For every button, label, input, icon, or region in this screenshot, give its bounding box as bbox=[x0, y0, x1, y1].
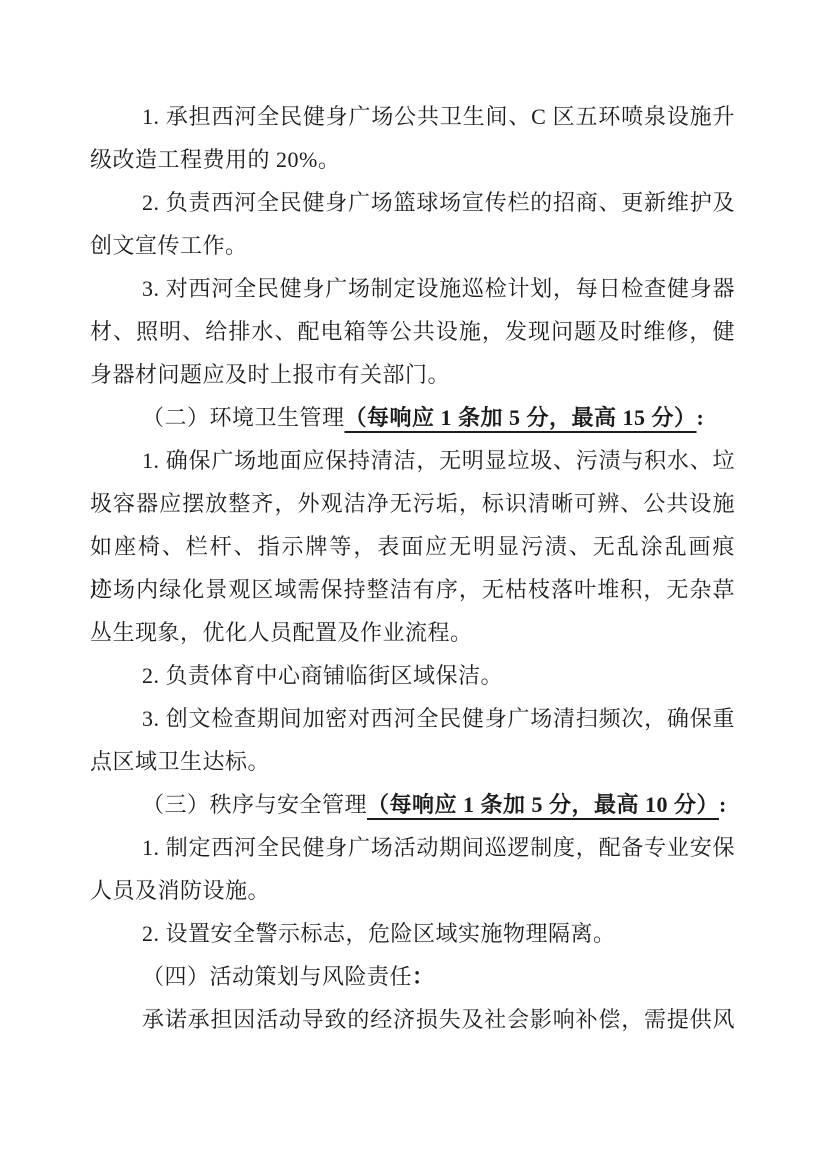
text-line: 2. 负责西河全民健身广场篮球场宣传栏的招商、更新维护及 bbox=[90, 181, 735, 224]
text-line: 如座椅、栏杆、指示牌等，表面应无明显污渍、无乱涂乱画痕迹、 bbox=[90, 525, 735, 568]
section-2-heading: （二）环境卫生管理（每响应 1 条加 5 分，最高 15 分）: bbox=[90, 396, 735, 439]
text-line: 点区域卫生达标。 bbox=[90, 740, 735, 783]
text-line: 1. 承担西河全民健身广场公共卫生间、C 区五环喷泉设施升 bbox=[90, 95, 735, 138]
section-heading-scoring: （每响应 1 条加 5 分，最高 10 分） bbox=[367, 792, 719, 817]
text-line: 创文宣传工作。 bbox=[90, 224, 735, 267]
section-heading-label: （四）活动策划与风险责任 bbox=[142, 964, 412, 989]
text-line: 人员及消防设施。 bbox=[90, 869, 735, 912]
text-line: 级改造工程费用的 20%。 bbox=[90, 138, 735, 181]
text-line: 1. 确保广场地面应保持清洁，无明显垃圾、污渍与积水、垃 bbox=[90, 439, 735, 482]
section-heading-colon: : bbox=[697, 405, 705, 430]
section-heading-label: （二）环境卫生管理 bbox=[142, 405, 345, 430]
text-line: 1. 制定西河全民健身广场活动期间巡逻制度，配备专业安保 bbox=[90, 826, 735, 869]
document-content: 1. 承担西河全民健身广场公共卫生间、C 区五环喷泉设施升级改造工程费用的 20… bbox=[90, 95, 735, 1041]
section-heading-colon: ： bbox=[412, 964, 435, 989]
text-line: 3. 创文检查期间加密对西河全民健身广场清扫频次，确保重 bbox=[90, 697, 735, 740]
section-heading-colon: : bbox=[719, 792, 727, 817]
text-line: 3. 对西河全民健身广场制定设施巡检计划，每日检查健身器 bbox=[90, 267, 735, 310]
section-3-heading: （三）秩序与安全管理（每响应 1 条加 5 分，最高 10 分）: bbox=[90, 783, 735, 826]
text-line: 承诺承担因活动导致的经济损失及社会影响补偿，需提供风 bbox=[90, 998, 735, 1041]
section-4-heading: （四）活动策划与风险责任： bbox=[90, 955, 735, 998]
section-heading-label: （三）秩序与安全管理 bbox=[142, 792, 367, 817]
document-page: 1. 承担西河全民健身广场公共卫生间、C 区五环喷泉设施升级改造工程费用的 20… bbox=[0, 0, 827, 1170]
section-heading-scoring: （每响应 1 条加 5 分，最高 15 分） bbox=[345, 405, 697, 430]
text-line: 2. 负责体育中心商铺临街区域保洁。 bbox=[90, 654, 735, 697]
text-line: 材、照明、给排水、配电箱等公共设施，发现问题及时维修，健 bbox=[90, 310, 735, 353]
text-line: 身器材问题应及时上报市有关部门。 bbox=[90, 353, 735, 396]
text-line: 2. 设置安全警示标志，危险区域实施物理隔离。 bbox=[90, 912, 735, 955]
text-line: 圾容器应摆放整齐，外观洁净无污垢，标识清晰可辨、公共设施 bbox=[90, 482, 735, 525]
text-line: 丛生现象，优化人员配置及作业流程。 bbox=[90, 611, 735, 654]
text-line: 广场内绿化景观区域需保持整洁有序，无枯枝落叶堆积，无杂草 bbox=[90, 568, 735, 611]
